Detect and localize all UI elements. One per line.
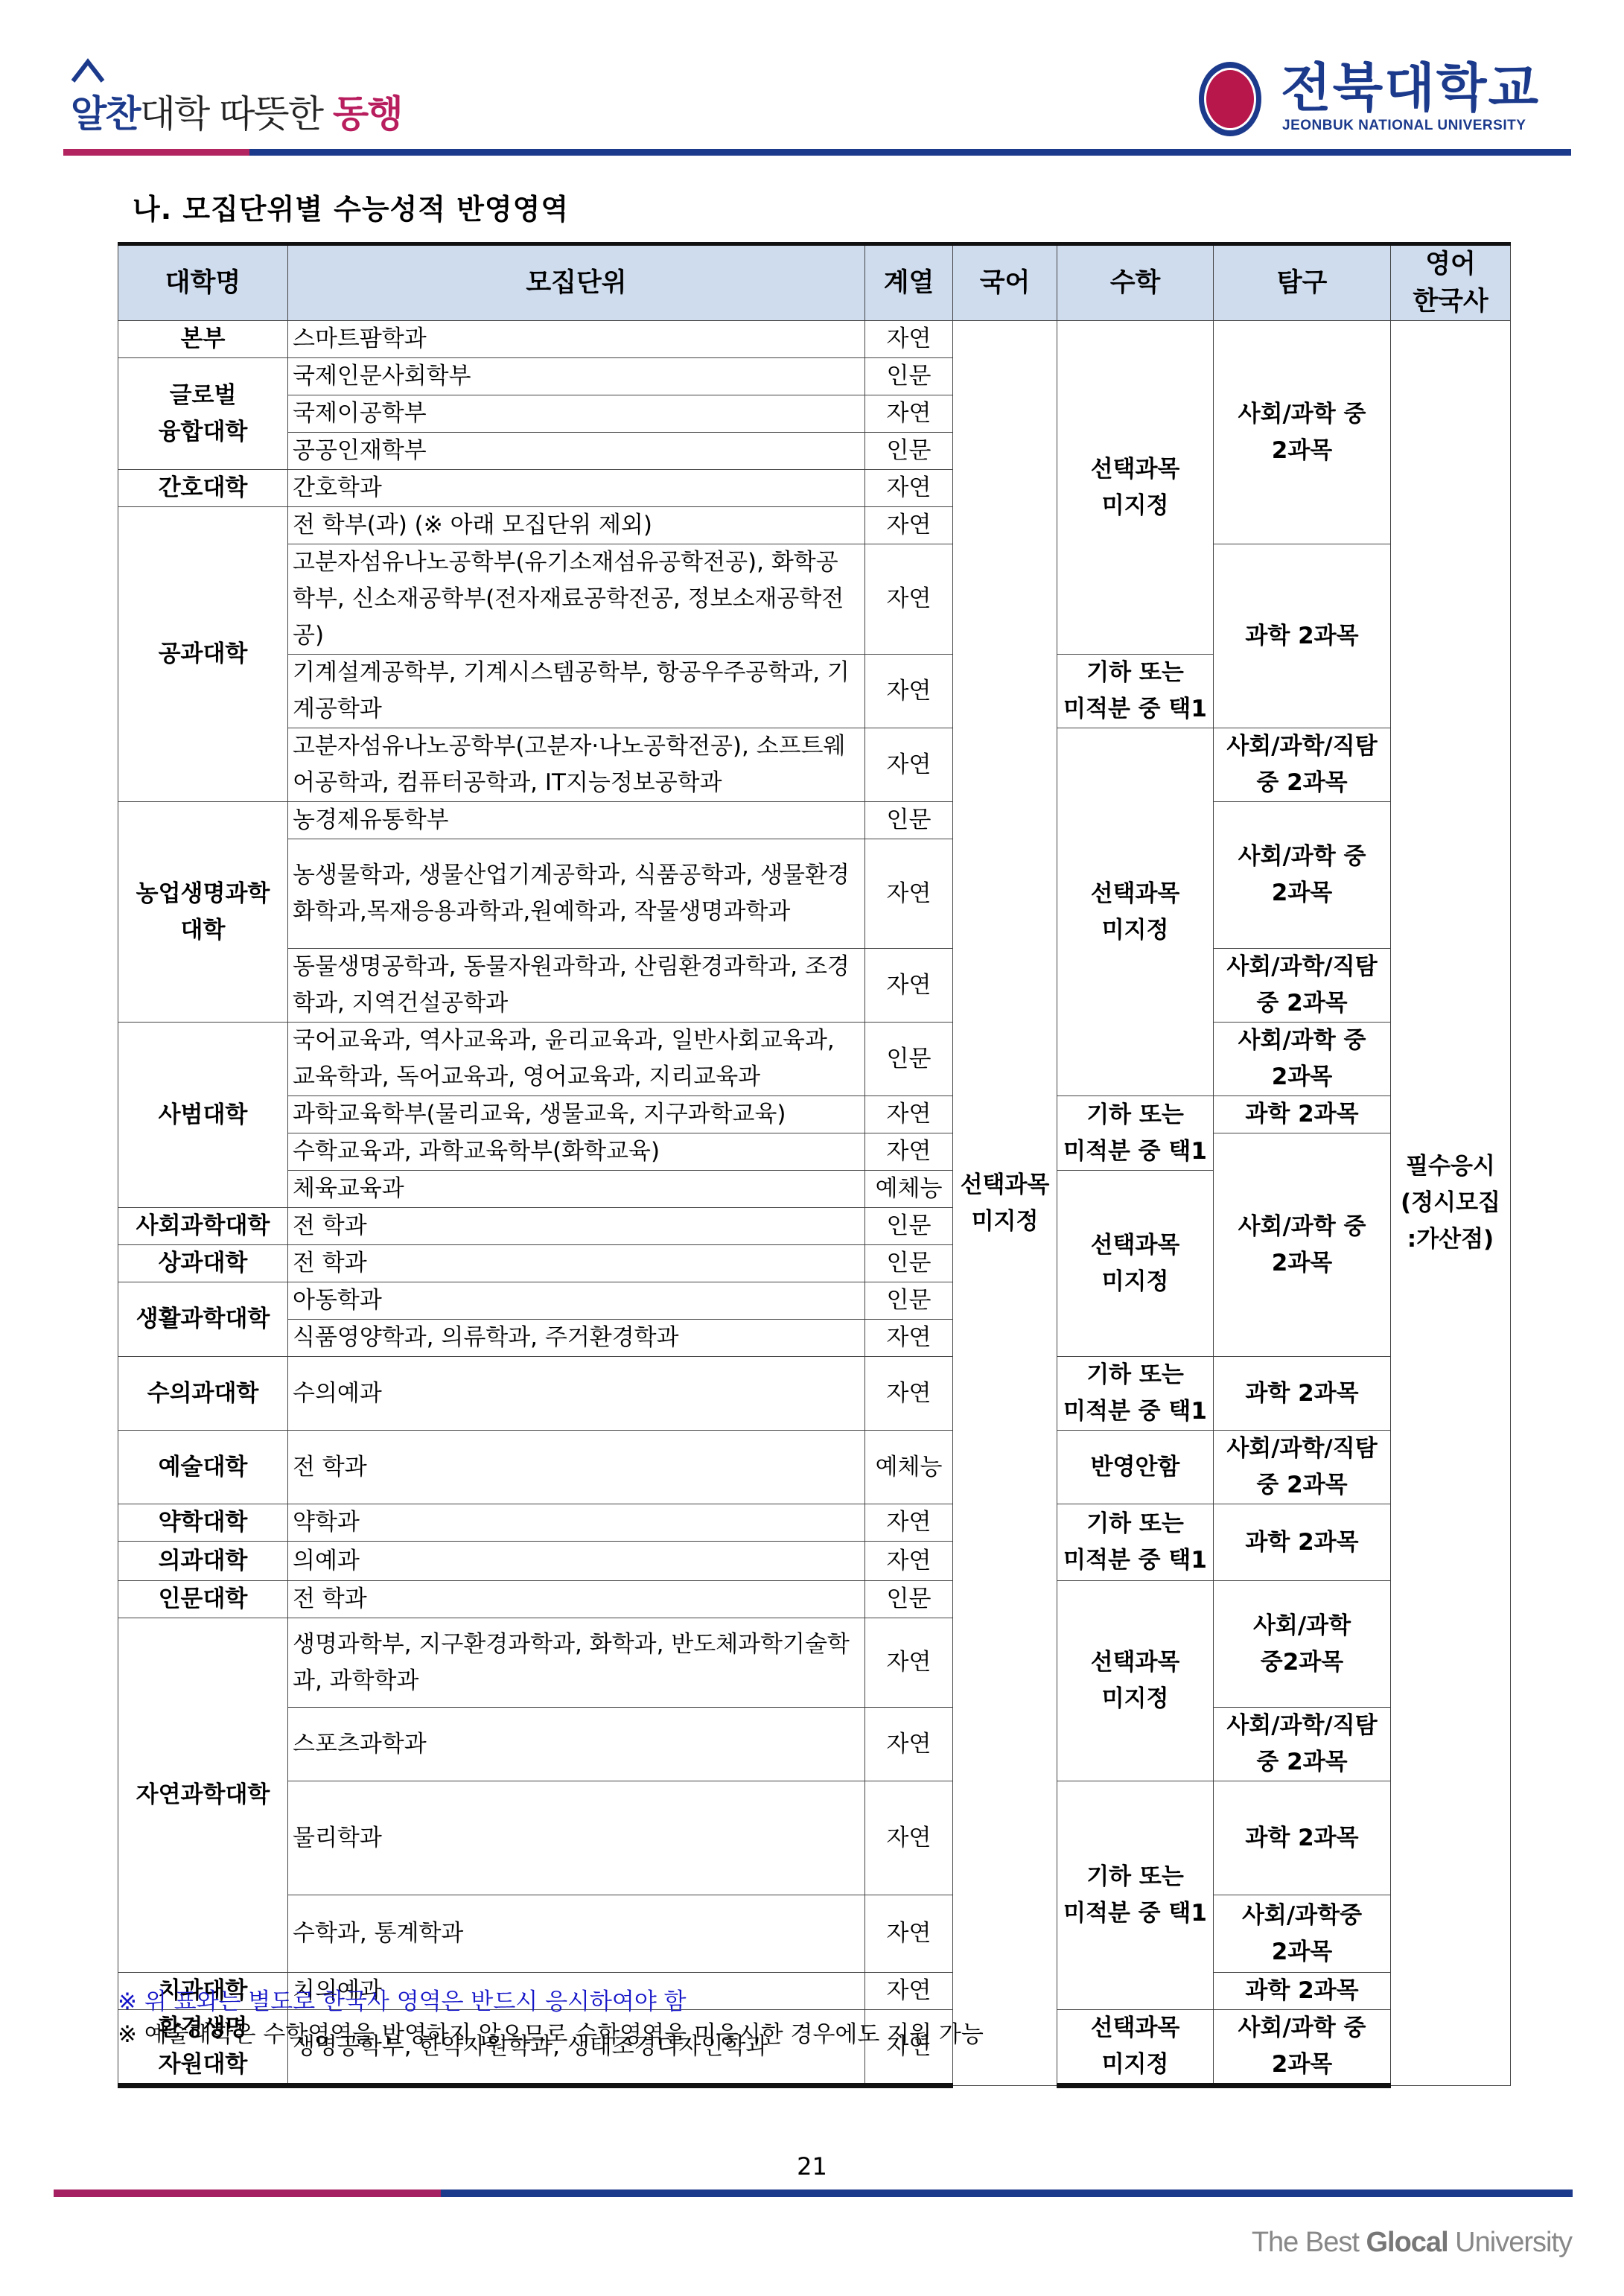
math-cell: 기하 또는미적분 중 택1 bbox=[1057, 1357, 1214, 1431]
table-row: 본부 스마트팜학과 자연 선택과목미지정 선택과목미지정 사회/과학 중2과목 … bbox=[118, 321, 1511, 358]
header-korean: 국어 bbox=[953, 244, 1057, 321]
univ-cell: 생활과학대학 bbox=[118, 1282, 288, 1357]
unit-cell: 국어교육과, 역사교육과, 윤리교육과, 일반사회교육과, 교육학과, 독어교육… bbox=[288, 1023, 865, 1096]
math-cell: 기하 또는미적분 중 택1 bbox=[1057, 1096, 1214, 1171]
inquiry-cell: 과학 2과목 bbox=[1214, 1781, 1391, 1895]
note-korean-history: ※ 위 표와는 별도로 한국사 영역은 반드시 응시하여야 함 bbox=[118, 1982, 687, 2016]
track-cell: 인문 bbox=[865, 802, 953, 839]
track-cell: 자연 bbox=[865, 1357, 953, 1431]
unit-cell: 전 학과 bbox=[288, 1208, 865, 1245]
header-divider bbox=[63, 149, 1571, 156]
header-track: 계열 bbox=[865, 244, 953, 321]
unit-cell: 국제이공학부 bbox=[288, 395, 865, 433]
footer-tagline: The Best Glocal University bbox=[1252, 2227, 1572, 2259]
unit-cell: 체육교육과 bbox=[288, 1171, 865, 1208]
univ-cell: 수의과대학 bbox=[118, 1357, 288, 1431]
unit-cell: 의예과 bbox=[288, 1542, 865, 1581]
track-cell: 인문 bbox=[865, 1581, 953, 1618]
table-row: 고분자섬유나노공학부(유기소재섬유공학전공), 화학공학부, 신소재공학부(전자… bbox=[118, 544, 1511, 655]
unit-cell: 스포츠과학과 bbox=[288, 1708, 865, 1781]
page-number: 21 bbox=[0, 2152, 1624, 2181]
univ-cell: 사회과학대학 bbox=[118, 1208, 288, 1245]
inquiry-cell: 사회/과학 중2과목 bbox=[1214, 802, 1391, 949]
unit-cell: 동물생명공학과, 동물자원과학과, 산림환경과학과, 조경학과, 지역건설공학과 bbox=[288, 949, 865, 1023]
univ-cell: 자연과학대학 bbox=[118, 1618, 288, 1973]
track-cell: 자연 bbox=[865, 395, 953, 433]
unit-cell: 전 학과 bbox=[288, 1431, 865, 1504]
korean-cell: 선택과목미지정 bbox=[953, 321, 1057, 2086]
table-row: 인문대학 전 학과 인문 선택과목미지정 사회/과학중2과목 bbox=[118, 1581, 1511, 1618]
unit-cell: 물리학과 bbox=[288, 1781, 865, 1895]
math-cell: 선택과목미지정 bbox=[1057, 2010, 1214, 2086]
table-row: 사범대학 국어교육과, 역사교육과, 윤리교육과, 일반사회교육과, 교육학과,… bbox=[118, 1023, 1511, 1096]
logo-english: JEONBUK NATIONAL UNIVERSITY bbox=[1282, 118, 1526, 134]
inquiry-cell: 사회/과학/직탐중 2과목 bbox=[1214, 1431, 1391, 1504]
univ-cell: 예술대학 bbox=[118, 1431, 288, 1504]
track-cell: 자연 bbox=[865, 1133, 953, 1171]
track-cell: 자연 bbox=[865, 1504, 953, 1542]
univ-cell: 약학대학 bbox=[118, 1504, 288, 1542]
unit-cell: 전 학과 bbox=[288, 1245, 865, 1282]
header-inquiry: 탐구 bbox=[1214, 244, 1391, 321]
univ-cell: 공과대학 bbox=[118, 507, 288, 802]
track-cell: 자연 bbox=[865, 728, 953, 802]
inquiry-cell: 과학 2과목 bbox=[1214, 1973, 1391, 2010]
table-row: 수의과대학 수의예과 자연 기하 또는미적분 중 택1 과학 2과목 bbox=[118, 1357, 1511, 1431]
math-cell: 기하 또는미적분 중 택1 bbox=[1057, 1504, 1214, 1581]
track-cell: 인문 bbox=[865, 358, 953, 395]
univ-cell: 사범대학 bbox=[118, 1023, 288, 1208]
unit-cell: 과학교육학부(물리교육, 생물교육, 지구과학교육) bbox=[288, 1096, 865, 1133]
unit-cell: 고분자섬유나노공학부(유기소재섬유공학전공), 화학공학부, 신소재공학부(전자… bbox=[288, 544, 865, 655]
inquiry-cell: 사회/과학중2과목 bbox=[1214, 1581, 1391, 1708]
track-cell: 인문 bbox=[865, 1282, 953, 1320]
university-logo: 전북대학교 JEONBUK NATIONAL UNIVERSITY bbox=[1199, 58, 1556, 140]
unit-cell: 전 학과 bbox=[288, 1581, 865, 1618]
track-cell: 자연 bbox=[865, 507, 953, 544]
header-unit: 모집단위 bbox=[288, 244, 865, 321]
inquiry-cell: 사회/과학중2과목 bbox=[1214, 1895, 1391, 1973]
table-row: 과학교육학부(물리교육, 생물교육, 지구과학교육) 자연 기하 또는미적분 중… bbox=[118, 1096, 1511, 1133]
inquiry-cell: 사회/과학 중2과목 bbox=[1214, 2010, 1391, 2086]
table-row: 물리학과 자연 기하 또는미적분 중 택1 과학 2과목 bbox=[118, 1781, 1511, 1895]
logo-korean: 전북대학교 bbox=[1281, 58, 1540, 118]
track-cell: 자연 bbox=[865, 321, 953, 358]
unit-cell: 수의예과 bbox=[288, 1357, 865, 1431]
inquiry-cell: 사회/과학 중2과목 bbox=[1214, 1023, 1391, 1096]
unit-cell: 간호학과 bbox=[288, 470, 865, 507]
table-row: 예술대학 전 학과 예체능 반영안함 사회/과학/직탐중 2과목 bbox=[118, 1431, 1511, 1504]
univ-cell: 농업생명과학대학 bbox=[118, 802, 288, 1023]
table-row: 동물생명공학과, 동물자원과학과, 산림환경과학과, 조경학과, 지역건설공학과… bbox=[118, 949, 1511, 1023]
univ-cell: 의과대학 bbox=[118, 1542, 288, 1581]
track-cell: 자연 bbox=[865, 544, 953, 655]
track-cell: 인문 bbox=[865, 1023, 953, 1096]
track-cell: 예체능 bbox=[865, 1171, 953, 1208]
table-row: 수학과, 통계학과 자연 사회/과학중2과목 bbox=[118, 1895, 1511, 1973]
footer-divider bbox=[54, 2190, 1573, 2197]
unit-cell: 수학교육과, 과학교육학부(화학교육) bbox=[288, 1133, 865, 1171]
inquiry-cell: 사회/과학/직탐중 2과목 bbox=[1214, 1708, 1391, 1781]
unit-cell: 농생물학과, 생물산업기계공학과, 식품공학과, 생물환경화학과,목재응용과학과… bbox=[288, 839, 865, 949]
unit-cell: 고분자섬유나노공학부(고분자·나노공학전공), 소프트웨어공학과, 컴퓨터공학과… bbox=[288, 728, 865, 802]
univ-cell: 본부 bbox=[118, 321, 288, 358]
univ-cell: 상과대학 bbox=[118, 1245, 288, 1282]
math-cell: 선택과목미지정 bbox=[1057, 1581, 1214, 1781]
header-univ: 대학명 bbox=[118, 244, 288, 321]
unit-cell: 생명과학부, 지구환경과학과, 화학과, 반도체과학기술학과, 과학학과 bbox=[288, 1618, 865, 1708]
table-header-row: 대학명 모집단위 계열 국어 수학 탐구 영어한국사 bbox=[118, 244, 1511, 321]
header-math: 수학 bbox=[1057, 244, 1214, 321]
track-cell: 자연 bbox=[865, 1973, 953, 2010]
track-cell: 자연 bbox=[865, 839, 953, 949]
unit-cell: 식품영양학과, 의류학과, 주거환경학과 bbox=[288, 1320, 865, 1357]
inquiry-cell: 사회/과학 중2과목 bbox=[1214, 321, 1391, 544]
inquiry-cell: 과학 2과목 bbox=[1214, 1096, 1391, 1133]
track-cell: 자연 bbox=[865, 1618, 953, 1708]
track-cell: 자연 bbox=[865, 470, 953, 507]
unit-cell: 수학과, 통계학과 bbox=[288, 1895, 865, 1973]
unit-cell: 약학과 bbox=[288, 1504, 865, 1542]
unit-cell: 스마트팜학과 bbox=[288, 321, 865, 358]
track-cell: 자연 bbox=[865, 1708, 953, 1781]
track-cell: 자연 bbox=[865, 949, 953, 1023]
math-cell: 기하 또는미적분 중 택1 bbox=[1057, 655, 1214, 728]
math-cell: 선택과목미지정 bbox=[1057, 1171, 1214, 1357]
math-cell: 선택과목미지정 bbox=[1057, 321, 1214, 655]
unit-cell: 공공인재학부 bbox=[288, 433, 865, 470]
table-row: 약학대학 약학과 자연 기하 또는미적분 중 택1 과학 2과목 bbox=[118, 1504, 1511, 1542]
unit-cell: 농경제유통학부 bbox=[288, 802, 865, 839]
math-cell: 반영안함 bbox=[1057, 1431, 1214, 1504]
track-cell: 자연 bbox=[865, 1542, 953, 1581]
unit-cell: 기계설계공학부, 기계시스템공학부, 항공우주공학과, 기계공학과 bbox=[288, 655, 865, 728]
reflection-table: 대학명 모집단위 계열 국어 수학 탐구 영어한국사 본부 스마트팜학과 자연 … bbox=[118, 242, 1511, 2088]
header-english-history: 영어한국사 bbox=[1391, 244, 1511, 321]
inquiry-cell: 과학 2과목 bbox=[1214, 544, 1391, 728]
univ-cell: 글로벌융합대학 bbox=[118, 358, 288, 470]
track-cell: 자연 bbox=[865, 1781, 953, 1895]
table-row: 수학교육과, 과학교육학부(화학교육) 자연 사회/과학 중2과목 bbox=[118, 1133, 1511, 1171]
unit-cell: 아동학과 bbox=[288, 1282, 865, 1320]
table-row: 스포츠과학과 자연 사회/과학/직탐중 2과목 bbox=[118, 1708, 1511, 1781]
section-title: 나. 모집단위별 수능성적 반영영역 bbox=[133, 186, 569, 227]
math-cell: 기하 또는미적분 중 택1 bbox=[1057, 1781, 1214, 2010]
table-row: 고분자섬유나노공학부(고분자·나노공학전공), 소프트웨어공학과, 컴퓨터공학과… bbox=[118, 728, 1511, 802]
univ-cell: 간호대학 bbox=[118, 470, 288, 507]
track-cell: 인문 bbox=[865, 1208, 953, 1245]
track-cell: 인문 bbox=[865, 1245, 953, 1282]
inquiry-cell: 사회/과학 중2과목 bbox=[1214, 1133, 1391, 1357]
table-row: 농업생명과학대학 농경제유통학부 인문 사회/과학 중2과목 bbox=[118, 802, 1511, 839]
inquiry-cell: 과학 2과목 bbox=[1214, 1504, 1391, 1581]
inquiry-cell: 과학 2과목 bbox=[1214, 1357, 1391, 1431]
math-cell: 선택과목미지정 bbox=[1057, 728, 1214, 1096]
university-seal-icon bbox=[1199, 62, 1261, 136]
note-arts-math: ※ 예술대학은 수학영역을 반영하지 않으므로 수학영역을 미응시한 경우에도 … bbox=[118, 2015, 984, 2049]
track-cell: 인문 bbox=[865, 433, 953, 470]
inquiry-cell: 사회/과학/직탐중 2과목 bbox=[1214, 949, 1391, 1023]
track-cell: 자연 bbox=[865, 1895, 953, 1973]
track-cell: 예체능 bbox=[865, 1431, 953, 1504]
track-cell: 자연 bbox=[865, 655, 953, 728]
track-cell: 자연 bbox=[865, 1096, 953, 1133]
univ-cell: 인문대학 bbox=[118, 1581, 288, 1618]
unit-cell: 국제인문사회학부 bbox=[288, 358, 865, 395]
slogan-text: 알찬대학 따뜻한 동행 bbox=[71, 84, 402, 138]
english-history-cell: 필수응시(정시모집:가산점) bbox=[1391, 321, 1511, 2086]
inquiry-cell: 사회/과학/직탐중 2과목 bbox=[1214, 728, 1391, 802]
track-cell: 자연 bbox=[865, 1320, 953, 1357]
unit-cell: 전 학부(과) (※ 아래 모집단위 제외) bbox=[288, 507, 865, 544]
